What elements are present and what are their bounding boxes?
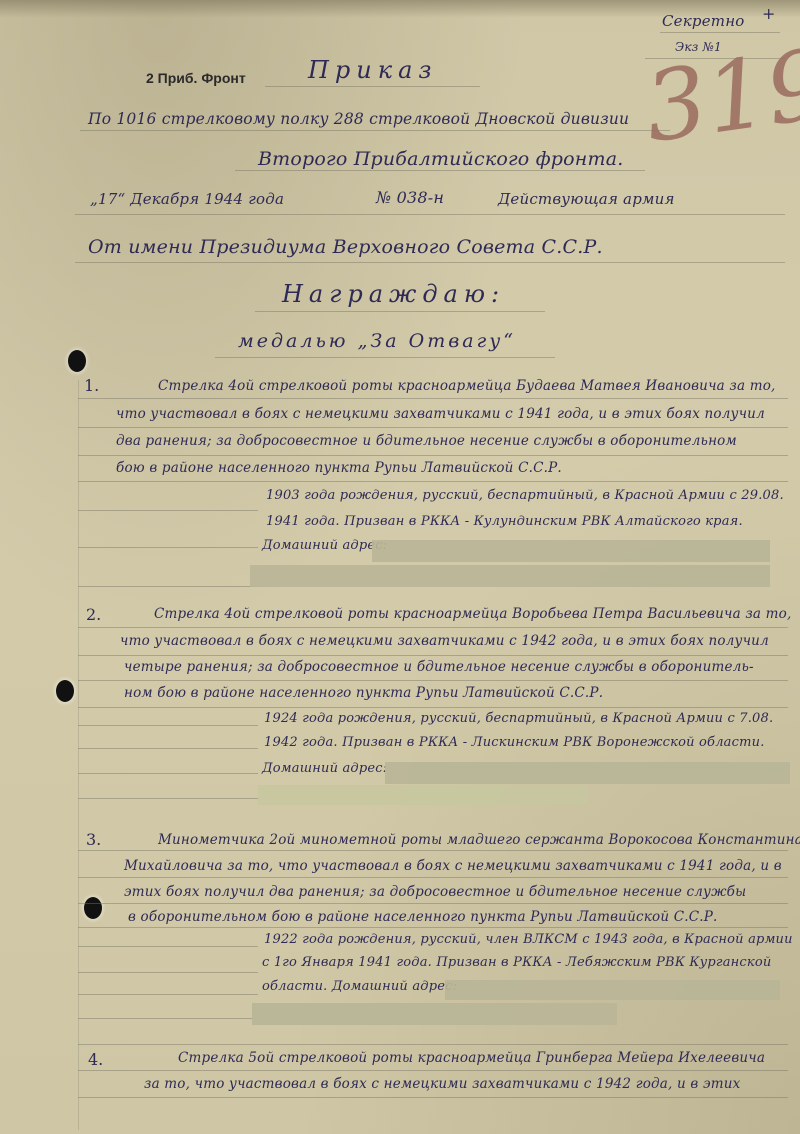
document-type: Приказ [308,56,437,84]
bio-line: 1924 года рождения, русский, беспартийны… [264,711,773,726]
entry-number: 1. [84,376,99,395]
rule [215,357,555,358]
entry-text-line: четыре ранения; за добросовестное и бдит… [124,659,754,675]
unit-line: По 1016 стрелковому полку 288 стрелковой… [88,110,629,128]
medal-name: медалью „За Отвагу“ [238,330,516,352]
entry-text-line: Стрелка 4ой стрелковой роты красноармейц… [158,378,776,394]
entry-text-line: Стрелка 5ой стрелковой роты красноармейц… [178,1050,765,1066]
punch-hole [56,680,74,702]
punch-hole [68,350,86,372]
order-number: № 038-н [376,188,444,207]
home-address-label: области. Домашний адрес: [262,979,457,994]
entry-text-line: Минометчика 2ой минометной роты младшего… [158,832,800,848]
rule [265,86,480,87]
authority-line: От имени Президиума Верховного Совета С.… [88,236,603,258]
entry-text-line: что участвовал в боях с немецкими захват… [120,633,769,649]
award-verb: Награждаю: [282,280,505,308]
entry-text-line: Михайловича за то, что участвовал в боях… [124,858,782,874]
home-address-label: Домашний адрес: [262,538,387,553]
redacted-address [252,1003,617,1025]
redacted-address [258,785,588,805]
rule [75,262,785,263]
entry-text-line: за то, что участвовал в боях с немецкими… [144,1076,740,1092]
rule [255,311,545,312]
classification-stamp: Секретно [662,12,745,30]
order-location: Действующая армия [498,190,675,208]
document-page: Секретно + Экз №1 319 2 Приб. Фронт Прик… [0,0,800,1134]
entry-number: 3. [86,830,101,849]
bio-line: 1941 года. Призван в РККА - Кулундинским… [266,514,743,529]
redacted-address [250,565,770,587]
bio-line: 1922 года рождения, русский, член ВЛКСМ … [264,932,793,947]
bio-line: 1903 года рождения, русский, беспартийны… [266,488,784,503]
entry-text-line: этих боях получил два ранения; за доброс… [124,884,746,900]
entry-number: 2. [86,605,101,624]
entry-text-line: ном бою в районе населенного пункта Рупь… [124,685,603,701]
corner-mark: + [762,4,776,23]
archive-pencil-mark: 319 [638,28,800,164]
redacted-address [445,980,780,1000]
redacted-address [385,762,790,784]
entry-number: 4. [88,1050,103,1069]
order-date: „17“ Декабря 1944 года [90,190,284,208]
bio-line: 1942 года. Призван в РККА - Лискинским Р… [264,735,765,750]
punch-hole [84,897,102,919]
bio-line: с 1го Января 1941 года. Призван в РККА -… [262,955,771,970]
entry-text-line: Стрелка 4ой стрелковой роты красноармейц… [154,606,791,622]
entry-text-line: бою в районе населенного пункта Рупьи Ла… [116,460,562,476]
front-label: 2 Приб. Фронт [146,70,246,86]
entry-text-line: два ранения; за добросовестное и бдитель… [116,433,737,449]
redacted-address [372,540,770,562]
entry-text-line: в оборонительном бою в районе населенног… [128,909,718,925]
front-line: Второго Прибалтийского фронта. [258,148,623,170]
entry-text-line: что участвовал в боях с немецкими захват… [116,406,765,422]
rule [235,170,645,171]
home-address-label: Домашний адрес: [262,761,387,776]
rule [660,32,780,33]
rule [80,130,670,131]
rule [75,214,785,215]
